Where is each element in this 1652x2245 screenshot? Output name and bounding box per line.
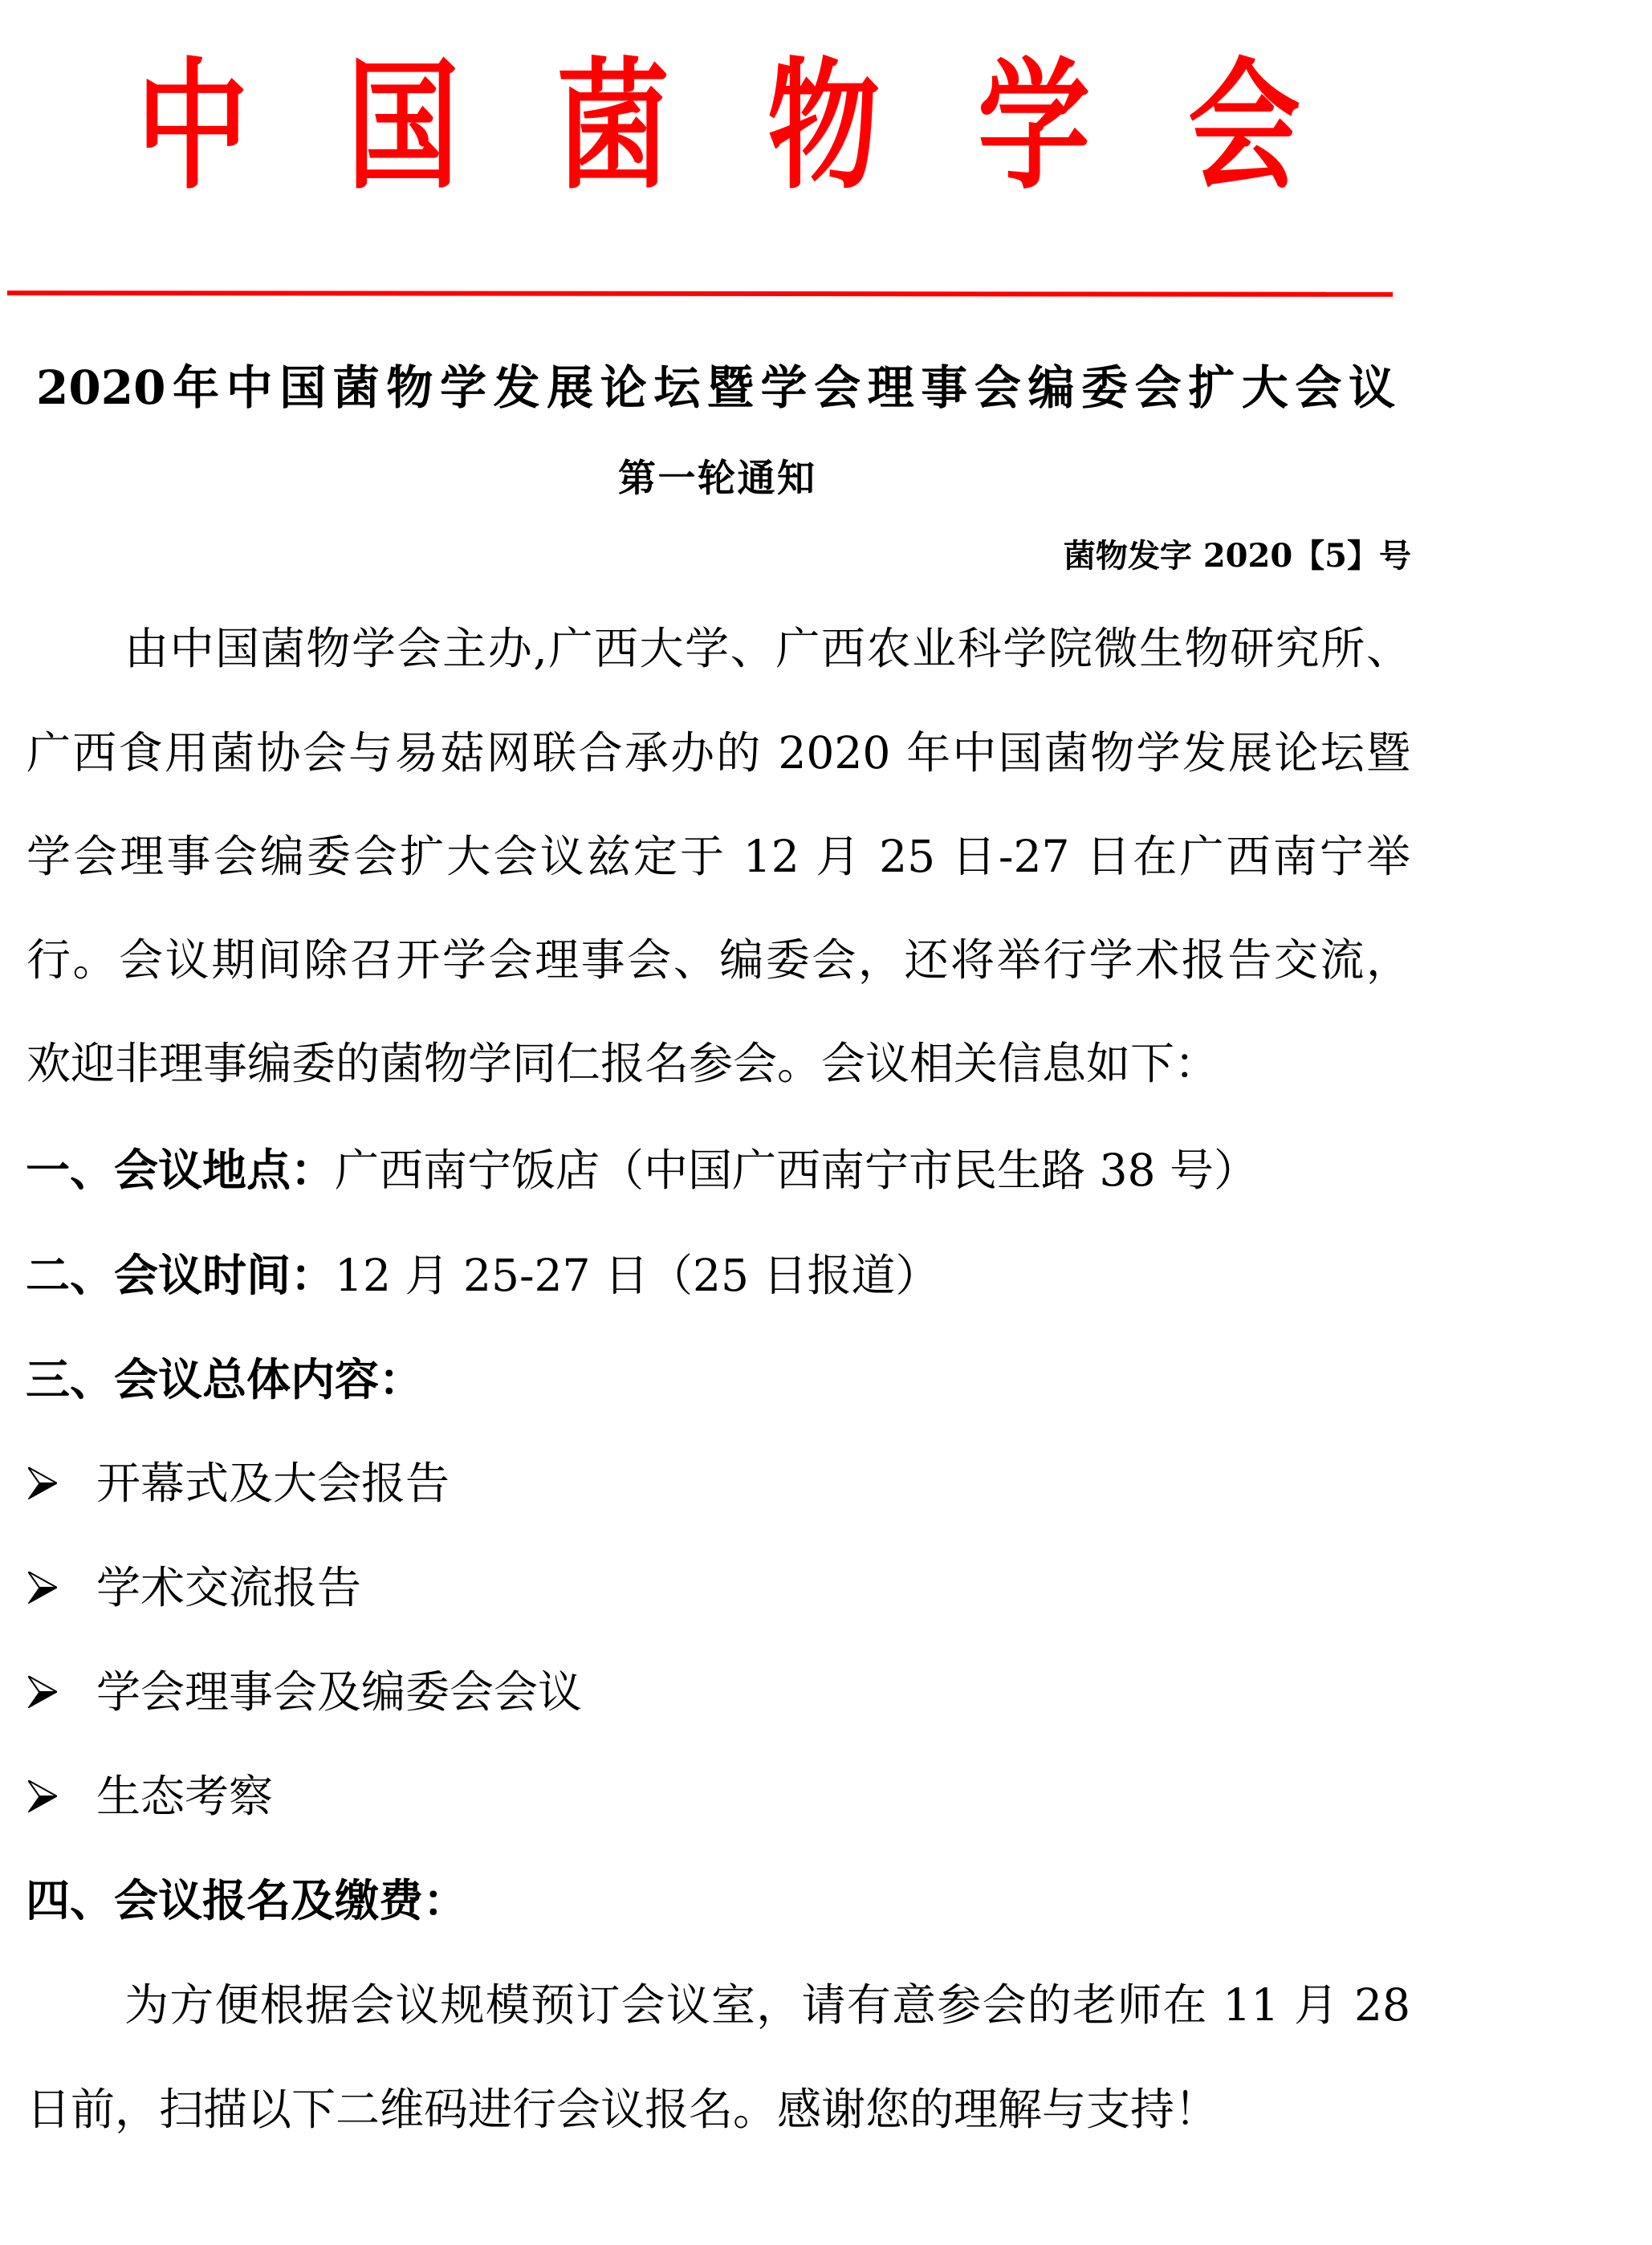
- section-time: 二、会议时间：12 月 25-27 日（25 日报道）: [26, 1251, 939, 1299]
- arrow-bullet-icon: [28, 1467, 57, 1499]
- document-number: 菌物发字 2020【5】号: [1064, 538, 1411, 575]
- document-title: 2020年中国菌物学发展论坛暨学会理事会编委会扩大会议: [36, 363, 1395, 413]
- content-item-text: 学会理事会及编委会会议: [96, 1668, 582, 1716]
- section-label: 二、会议时间：: [26, 1249, 335, 1301]
- section-label: 四、会议报名及缴费：: [26, 1874, 467, 1926]
- section-label: 一、会议地点：: [26, 1144, 335, 1196]
- org-name-char: 菌: [555, 47, 671, 207]
- letterhead-divider: [7, 291, 1393, 297]
- content-item-text: 学术交流报告: [96, 1564, 361, 1612]
- intro-line: 行。会议期间除召开学会理事会、编委会，还将举行学术报告交流，: [26, 936, 1410, 984]
- section-venue: 一、会议地点：广西南宁饭店（中国广西南宁市民生路 38 号）: [26, 1146, 1258, 1194]
- registration-line: 日前，扫描以下二维码进行会议报名。感谢您的理解与支持！: [26, 2085, 1219, 2133]
- content-item-text: 生态考察: [96, 1772, 273, 1820]
- registration-line: 为方便根据会议规模预订会议室，请有意参会的老师在 11 月 28: [124, 1981, 1410, 2029]
- arrow-bullet-icon: [28, 1676, 57, 1708]
- document-subtitle: 第一轮通知: [618, 459, 815, 499]
- section-content: 三、会议总体内容：: [26, 1356, 423, 1404]
- arrow-bullet-icon: [28, 1780, 57, 1812]
- org-name-char: 物: [766, 47, 881, 207]
- org-name-char: 学: [976, 47, 1092, 207]
- intro-line: 欢迎非理事编委的菌物学同仁报名参会。会议相关信息如下：: [26, 1039, 1219, 1088]
- section-value: 12 月 25-27 日（25 日报道）: [335, 1250, 939, 1301]
- letterhead-org-name: 中 国 菌 物 学 会: [120, 47, 1333, 207]
- content-item-text: 开幕式及大会报告: [96, 1459, 450, 1507]
- section-label: 三、会议总体内容：: [26, 1353, 423, 1405]
- org-name-char: 国: [345, 47, 461, 207]
- org-name-char: 中: [135, 47, 250, 207]
- arrow-bullet-icon: [28, 1572, 57, 1604]
- intro-line: 广西食用菌协会与易菇网联合承办的 2020 年中国菌物学发展论坛暨: [26, 729, 1410, 777]
- intro-line: 由中国菌物学会主办,广西大学、广西农业科学院微生物研究所、: [124, 624, 1410, 673]
- intro-line: 学会理事会编委会扩大会议兹定于 12 月 25 日-27 日在广西南宁举: [26, 832, 1410, 881]
- section-value: 广西南宁饭店（中国广西南宁市民生路 38 号）: [335, 1145, 1258, 1196]
- org-name-char: 会: [1186, 47, 1302, 207]
- section-registration: 四、会议报名及缴费：: [26, 1877, 467, 1925]
